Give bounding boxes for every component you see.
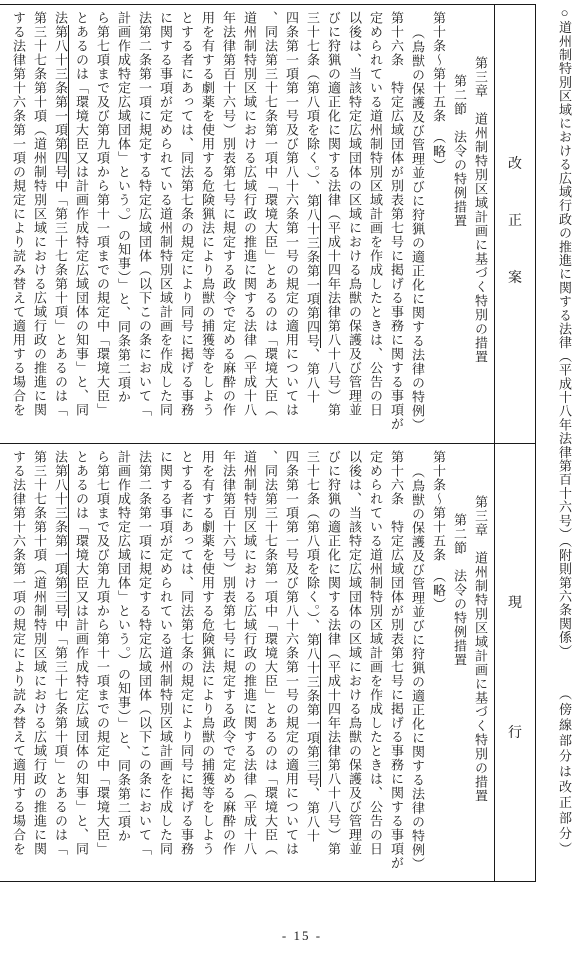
text-column: 道州制特別区域における広域行政の推進に関する法律（平成十八: [239, 11, 260, 439]
text-column: する法律第十六条第一項の規定により読み替えて適用する場合を: [8, 450, 29, 878]
current-text: 第三章 道州制特別区域計画に基づく特別の措置第二節 法令の特例措置第十条～第十五…: [0, 444, 494, 882]
text-column: とあるのは「環境大臣又は計画作成特定広域団体の知事」と、同: [71, 450, 92, 878]
text-column: 第二節 法令の特例措置: [449, 450, 470, 878]
revision-note: （傍線部分は改正部分）: [558, 687, 571, 887]
text-column: びに狩猟の適正化に関する法律（平成十四年法律第八十八号）第: [323, 450, 344, 878]
text-column: 三十七条（第八項を除く。）、第八十三条第一項第四号、第八十: [302, 11, 323, 439]
text-column: する法律第十六条第一項の規定により読み替えて適用する場合を: [8, 11, 29, 439]
text-column: 定められている道州制特別区域計画を作成したときは、公告の日: [365, 450, 386, 878]
text-column: 計画作成特定広域団体」という。）の知事）」と、同条第二項か: [113, 450, 134, 878]
text-column: に関する事項が定められている道州制特別区域計画を作成した同: [155, 450, 176, 878]
text-column: 第三十七条第十項（道州制特別区域における広域行政の推進に関: [29, 11, 50, 439]
text-column: 法第八十三条第一項第三号中「第三十七条第十項」とあるのは「: [50, 450, 71, 878]
header-char: 現: [508, 592, 522, 612]
text-column: 第三章 道州制特別区域計画に基づく特別の措置: [470, 11, 491, 439]
column-header-current: 現行: [494, 444, 535, 882]
revision-sideline: 第八十三条第一項第四号: [53, 25, 69, 179]
text-column: 用を有する劇薬を使用する危険猟法により鳥獣の捕獲等をしよう: [197, 11, 218, 439]
revision-sideline: 第八十三条第一項第三号: [53, 464, 69, 618]
text-column: 、同法第三十七条第一項中「環境大臣」とあるのは「環境大臣（: [260, 11, 281, 439]
text-column: びに狩猟の適正化に関する法律（平成十四年法律第八十八号）第: [323, 11, 344, 439]
current-band: 第三章 道州制特別区域計画に基づく特別の措置第二節 法令の特例措置第十条～第十五…: [0, 443, 535, 882]
header-char: 行: [508, 722, 522, 742]
text-column: とする者にあっては、同法第七条の規定により同号に掲げる事務: [176, 450, 197, 878]
revision-sideline: 第八十三条第一項第四号: [305, 194, 321, 348]
text-column: に関する事項が定められている道州制特別区域計画を作成した同: [155, 11, 176, 439]
header-char: 改: [508, 153, 522, 173]
text-column: 第十六条 特定広域団体が別表第七号に掲げる事務に関する事項が: [386, 11, 407, 439]
text-column: ら第七項まで及び第九項から第十一項までの規定中「環境大臣」: [92, 450, 113, 878]
page-number: - 15 -: [15, 928, 574, 944]
text-column: 以後は、当該特定広域団体の区域における鳥獣の保護及び管理並: [344, 11, 365, 439]
header-char: 案: [508, 267, 522, 287]
text-column: 四条第一項第一号及び第八十六条第一号の規定の適用については: [281, 11, 302, 439]
text-column: 法第二条第一項に規定する特定広域団体（以下この条において「: [134, 11, 155, 439]
text-column: 四条第一項第一号及び第八十六条第一号の規定の適用については: [281, 450, 302, 878]
text-column: 第十条～第十五条 （略）: [428, 450, 449, 878]
text-column: とする者にあっては、同法第七条の規定により同号に掲げる事務: [176, 11, 197, 439]
text-column: 道州制特別区域における広域行政の推進に関する法律（平成十八: [239, 450, 260, 878]
comparison-table: 第三章 道州制特別区域計画に基づく特別の措置第二節 法令の特例措置第十条～第十五…: [0, 4, 536, 882]
amendment-text: 第三章 道州制特別区域計画に基づく特別の措置第二節 法令の特例措置第十条～第十五…: [0, 5, 494, 443]
text-column: 定められている道州制特別区域計画を作成したときは、公告の日: [365, 11, 386, 439]
revision-sideline: 第八十三条第一項第三号: [305, 633, 321, 787]
text-column: 年法律第百十六号）別表第七号に規定する政令で定める麻酔の作: [218, 450, 239, 878]
column-header-amendment: 改正案: [494, 5, 535, 443]
text-column: （鳥獣の保護及び管理並びに狩猟の適正化に関する法律の特例）: [407, 11, 428, 439]
text-column: 以後は、当該特定広域団体の区域における鳥獣の保護及び管理並: [344, 450, 365, 878]
document-title: ○道州制特別区域における広域行政の推進に関する法律（平成十八年法律第百十六号）（…: [558, 5, 571, 685]
text-column: （鳥獣の保護及び管理並びに狩猟の適正化に関する法律の特例）: [407, 450, 428, 878]
text-column: 計画作成特定広域団体」という。）の知事）」と、同条第二項か: [113, 11, 134, 439]
text-column: 第三章 道州制特別区域計画に基づく特別の措置: [470, 450, 491, 878]
text-column: 法第二条第一項に規定する特定広域団体（以下この条において「: [134, 450, 155, 878]
text-column: 第十条～第十五条 （略）: [428, 11, 449, 439]
text-column: 法第八十三条第一項第四号中「第三十七条第十項」とあるのは「: [50, 11, 71, 439]
text-column: ら第七項まで及び第九項から第十一項までの規定中「環境大臣」: [92, 11, 113, 439]
amendment-band: 第三章 道州制特別区域計画に基づく特別の措置第二節 法令の特例措置第十条～第十五…: [0, 5, 535, 443]
text-column: 三十七条（第八項を除く。）、第八十三条第一項第三号、第八十: [302, 450, 323, 878]
text-column: 第二節 法令の特例措置: [449, 11, 470, 439]
text-column: 用を有する劇薬を使用する危険猟法により鳥獣の捕獲等をしよう: [197, 450, 218, 878]
text-column: 第十六条 特定広域団体が別表第七号に掲げる事務に関する事項が: [386, 450, 407, 878]
text-column: とあるのは「環境大臣又は計画作成特定広域団体の知事」と、同: [71, 11, 92, 439]
text-column: 年法律第百十六号）別表第七号に規定する政令で定める麻酔の作: [218, 11, 239, 439]
text-column: 、同法第三十七条第一項中「環境大臣」とあるのは「環境大臣（: [260, 450, 281, 878]
text-column: 第三十七条第十項（道州制特別区域における広域行政の推進に関: [29, 450, 50, 878]
header-char: 正: [508, 210, 522, 230]
